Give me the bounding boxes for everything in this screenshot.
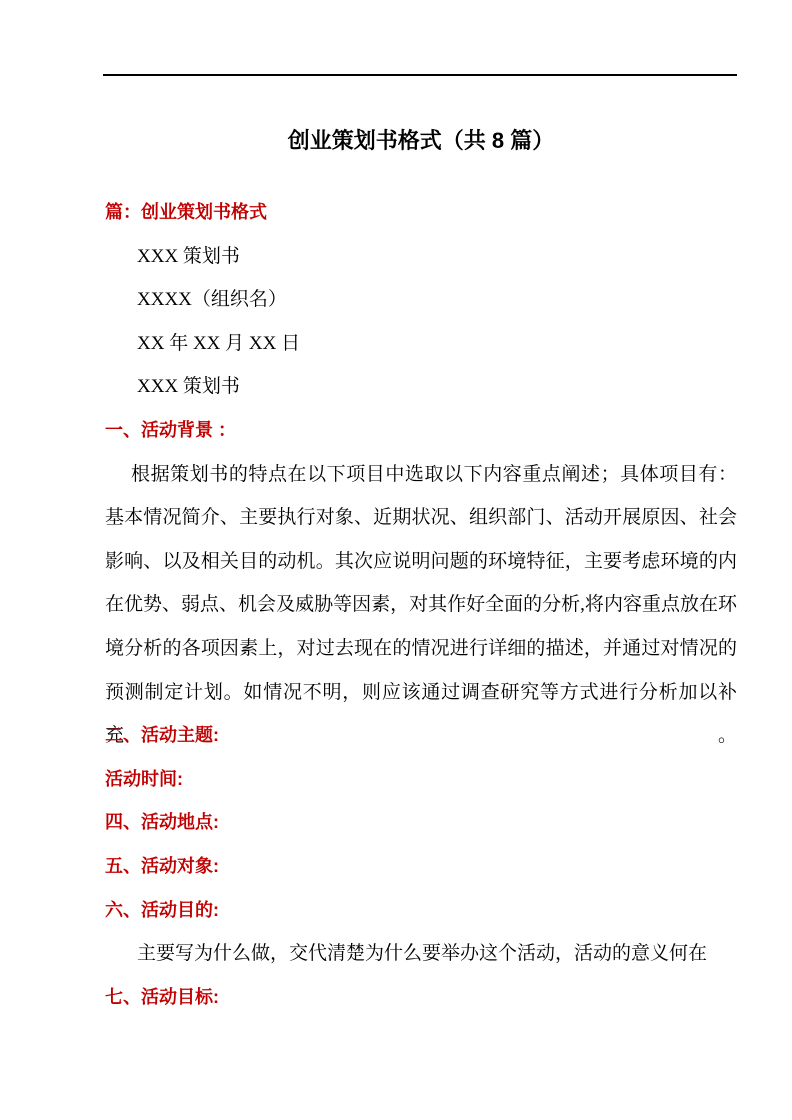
document-title: 创业策划书格式（共 8 篇）	[105, 119, 737, 163]
background-paragraph-line: 根据策划书的特点在以下项目中选取以下内容重点阐述；具体项目有：	[105, 453, 737, 497]
section-heading-pian: 篇：创业策划书格式	[105, 191, 737, 235]
background-paragraph-line: 影响、以及相关目的动机。其次应说明问题的环境特征，主要考虑环境的内	[105, 540, 737, 584]
purpose-description-text: 主要写为什么做，交代清楚为什么要举办这个活动，活动的意义何在	[105, 932, 737, 976]
cover-line-organization: XXXX（组织名）	[105, 278, 737, 322]
background-paragraph-line: 基本情况简介、主要执行对象、近期状况、组织部门、活动开展原因、社会	[105, 496, 737, 540]
top-rule-divider	[103, 74, 737, 76]
heading-activity-background: 一、活动背景 ：	[105, 409, 737, 453]
cover-line-date: XX 年 XX 月 XX 日	[105, 322, 737, 366]
background-paragraph-line: 境分析的各项因素上，对过去现在的情况进行详细的描述，并通过对情况的	[105, 627, 737, 671]
cover-line-plan-book-1: XXX 策划书	[105, 235, 737, 279]
heading-activity-goal: 七、活动目标:	[105, 976, 737, 1020]
heading-activity-place: 四、活动地点:	[105, 801, 737, 845]
document-page: 创业策划书格式（共 8 篇） 篇：创业策划书格式 XXX 策划书 XXXX（组织…	[0, 0, 792, 1120]
heading-activity-audience: 五、活动对象:	[105, 845, 737, 889]
background-paragraph-line: 在优势、弱点、机会及威胁等因素，对其作好全面的分析,将内容重点放在环	[105, 583, 737, 627]
heading-activity-purpose: 六、活动目的:	[105, 889, 737, 933]
heading-activity-time: 活动时间:	[105, 758, 737, 802]
background-paragraph-line: 预测制定计划。如情况不明，则应该通过调查研究等方式进行分析加以补充。	[105, 671, 737, 715]
document-content: 创业策划书格式（共 8 篇） 篇：创业策划书格式 XXX 策划书 XXXX（组织…	[105, 119, 737, 1019]
cover-line-plan-book-2: XXX 策划书	[105, 365, 737, 409]
